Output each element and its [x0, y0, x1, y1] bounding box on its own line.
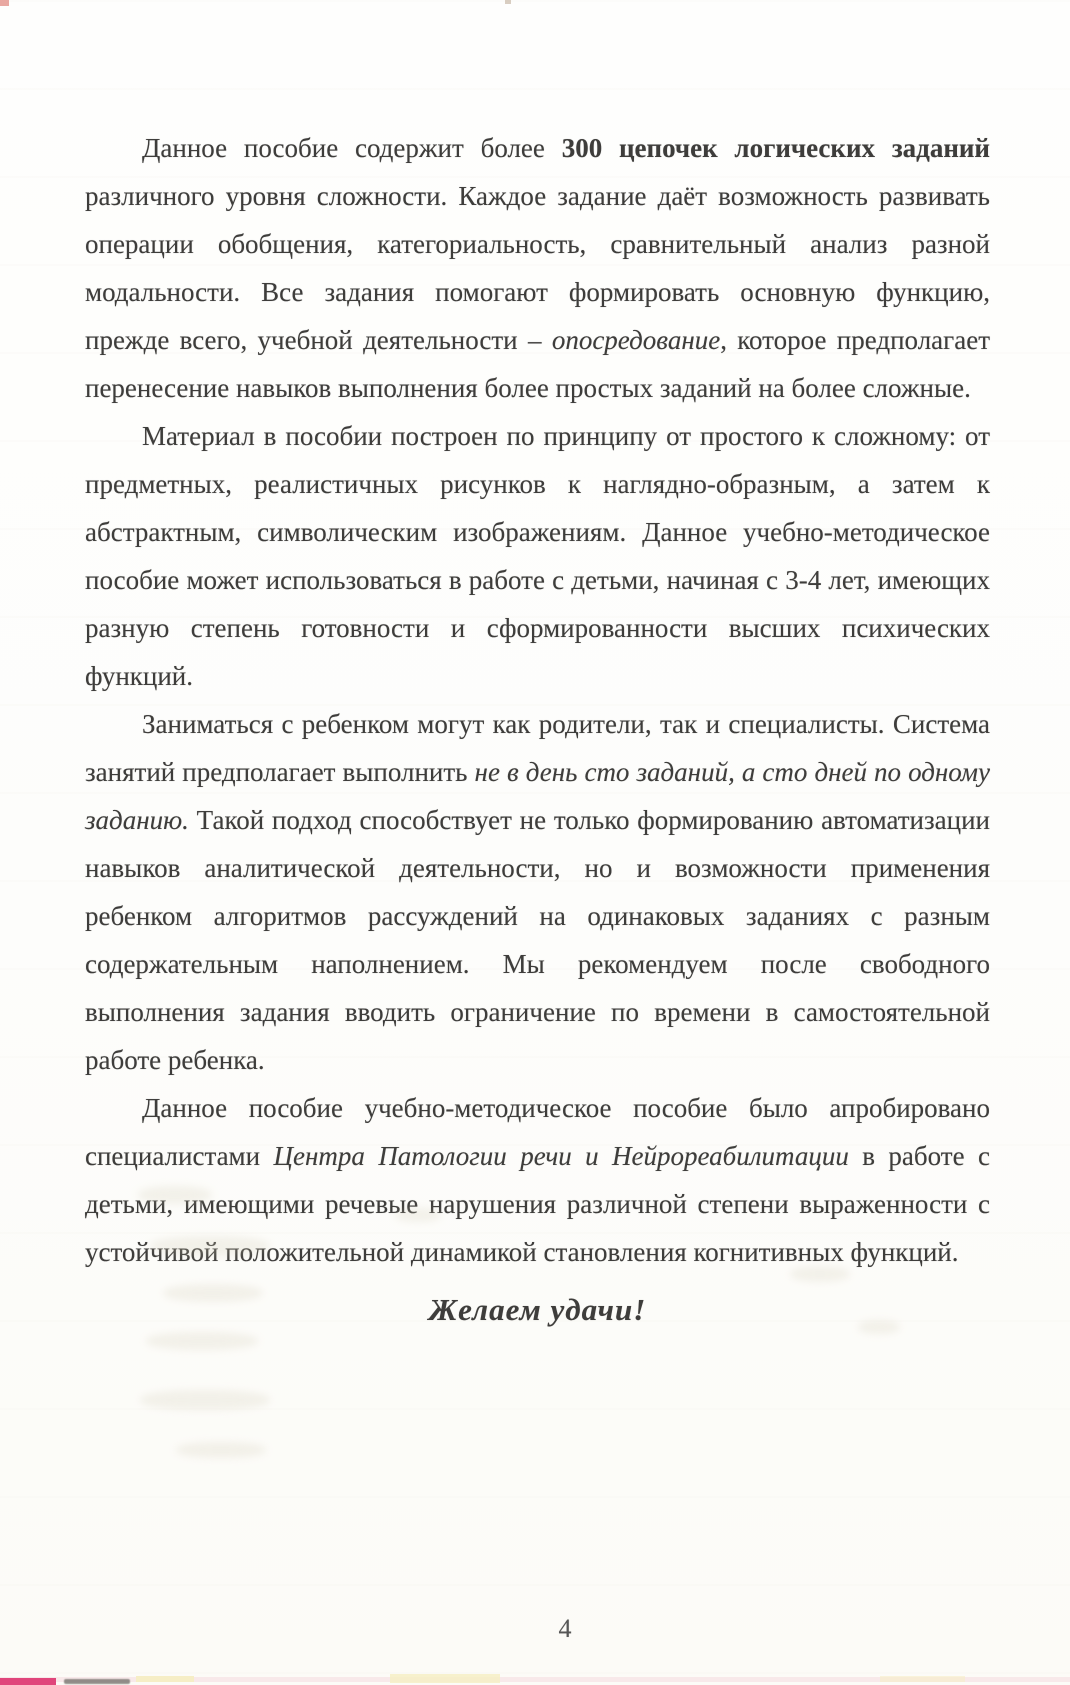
paragraph: Заниматься с ребенком могут как родители…	[85, 700, 990, 1084]
scan-artifact	[880, 1676, 965, 1682]
paragraph: Данное пособие содержит более 300 цепоче…	[85, 124, 990, 412]
scan-artifact	[505, 0, 511, 4]
text-run: Центра Патологии речи и Нейрореабилитаци…	[274, 1141, 849, 1171]
scan-artifact	[136, 1676, 194, 1682]
scan-artifact	[390, 1674, 500, 1683]
scan-artifact	[150, 1236, 270, 1256]
text-run: опосредование	[552, 325, 720, 355]
scan-artifact	[858, 1320, 900, 1334]
scan-artifact	[140, 1390, 270, 1410]
document-body: Данное пособие содержит более 300 цепоче…	[85, 124, 990, 1276]
text-run: Такой подход способствует не только форм…	[85, 805, 990, 1075]
scan-artifact	[64, 1679, 130, 1684]
paragraph: Материал в пособии построен по принципу …	[85, 412, 990, 700]
scan-artifact	[395, 1208, 441, 1222]
scan-artifact	[146, 1332, 258, 1350]
text-run: 300 цепочек логических заданий	[562, 133, 990, 163]
scan-artifact	[790, 1266, 850, 1282]
scanned-page: Данное пособие содержит более 300 цепоче…	[0, 0, 1070, 1685]
text-run: Данное пособие содержит более	[142, 133, 562, 163]
scan-artifact	[0, 0, 9, 6]
text-run: Материал в пособии построен по принципу …	[85, 421, 990, 691]
scan-artifact	[176, 1442, 266, 1458]
scan-artifact	[163, 1284, 263, 1302]
scan-artifact	[138, 1186, 212, 1204]
page-number: 4	[60, 1614, 1070, 1644]
scan-artifact	[0, 1678, 56, 1685]
